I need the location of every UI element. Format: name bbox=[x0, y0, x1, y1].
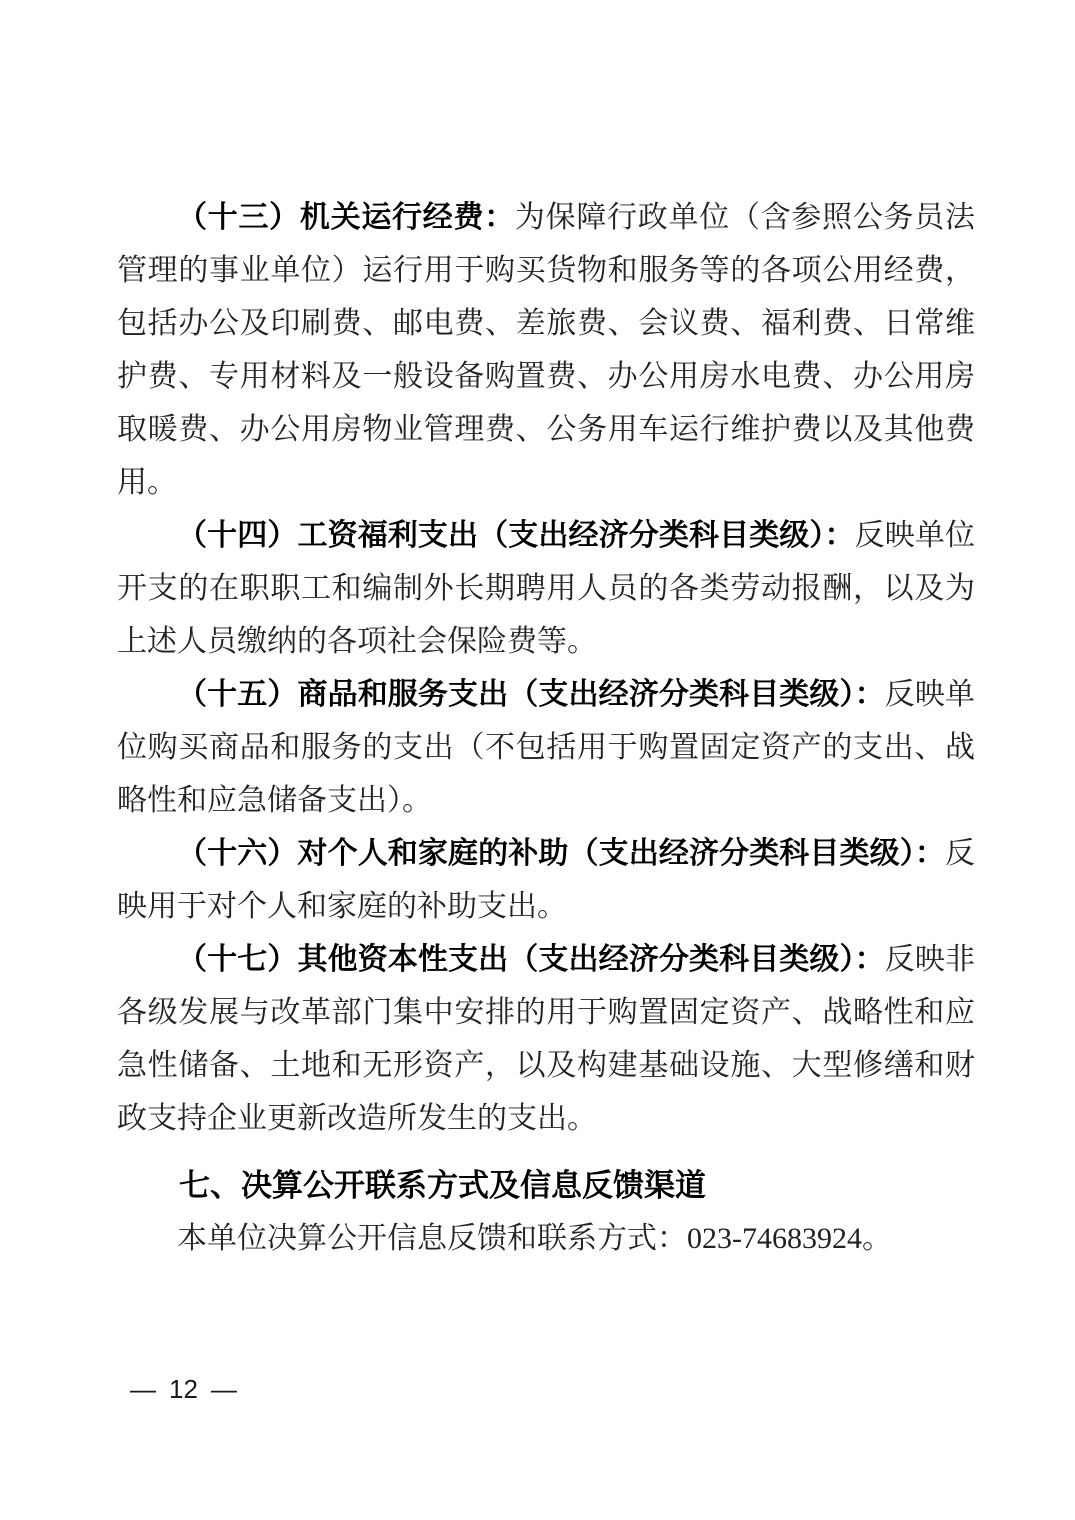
paragraph-lead: （十五）商品和服务支出（支出经济分类科目类级）： bbox=[177, 678, 885, 711]
document-page: （十三）机关运行经费：为保障行政单位（含参照公务员法管理的事业单位）运行用于购买… bbox=[0, 0, 1075, 1520]
document-body: （十三）机关运行经费：为保障行政单位（含参照公务员法管理的事业单位）运行用于购买… bbox=[117, 191, 975, 1265]
page-footer: — 12 — bbox=[130, 1374, 237, 1404]
paragraph-item-13: （十三）机关运行经费：为保障行政单位（含参照公务员法管理的事业单位）运行用于购买… bbox=[117, 191, 975, 509]
paragraph-lead: （十四）工资福利支出（支出经济分类科目类级）： bbox=[177, 519, 855, 552]
paragraph-item-17: （十七）其他资本性支出（支出经济分类科目类级）：反映非各级发展与改革部门集中安排… bbox=[117, 933, 975, 1145]
page-number: 12 bbox=[169, 1374, 198, 1404]
paragraph-item-14: （十四）工资福利支出（支出经济分类科目类级）：反映单位开支的在职职工和编制外长期… bbox=[117, 509, 975, 668]
paragraph-lead: （十六）对个人和家庭的补助（支出经济分类科目类级）： bbox=[177, 837, 945, 870]
paragraph-text: 为保障行政单位（含参照公务员法管理的事业单位）运行用于购买货物和服务等的各项公用… bbox=[117, 201, 975, 499]
footer-dash-left: — bbox=[130, 1374, 156, 1404]
paragraph-lead: （十三）机关运行经费： bbox=[177, 201, 515, 234]
contact-line: 本单位决算公开信息反馈和联系方式：023-74683924。 bbox=[117, 1212, 975, 1265]
footer-dash-right: — bbox=[211, 1374, 237, 1404]
paragraph-item-16: （十六）对个人和家庭的补助（支出经济分类科目类级）：反映用于对个人和家庭的补助支… bbox=[117, 827, 975, 933]
paragraph-lead: （十七）其他资本性支出（支出经济分类科目类级）： bbox=[177, 943, 885, 976]
section-heading: 七、决算公开联系方式及信息反馈渠道 bbox=[117, 1159, 975, 1212]
paragraph-item-15: （十五）商品和服务支出（支出经济分类科目类级）：反映单位购买商品和服务的支出（不… bbox=[117, 668, 975, 827]
